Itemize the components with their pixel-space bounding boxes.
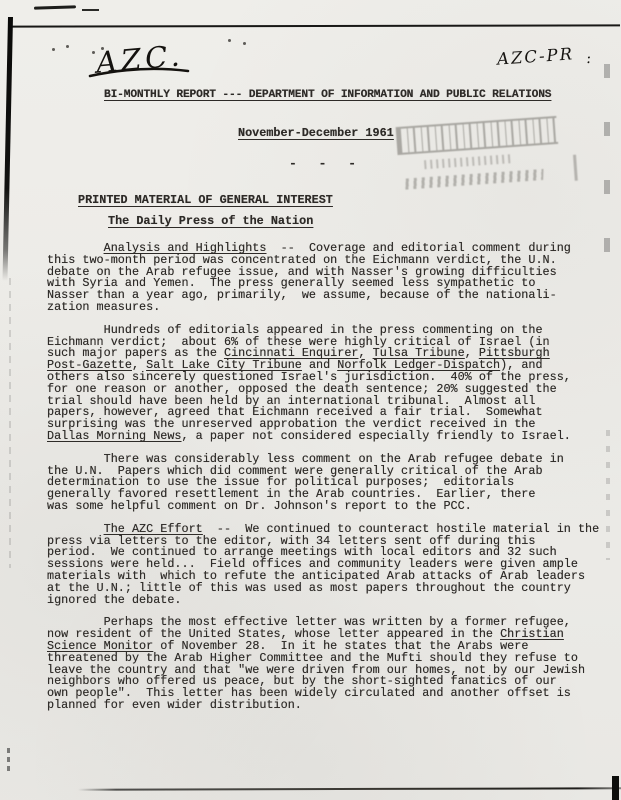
scan-artifact-top-dash-small: [82, 9, 99, 11]
paragraph: Analysis and Highlights -- Coverage and …: [47, 243, 599, 314]
text-line: ignored the debate.: [47, 595, 599, 607]
scan-artifact-right-marks: [604, 38, 610, 278]
text-line: was some helpful comment on Dr. Johnson'…: [47, 501, 599, 513]
text-line: zation measures.: [47, 302, 599, 314]
scan-artifact-bottom-line: [78, 787, 621, 790]
document-body: Analysis and Highlights -- Coverage and …: [47, 243, 599, 712]
scan-artifact-left-edge: [2, 17, 13, 281]
scan-artifact-left-lower-mark: [7, 748, 10, 774]
section-subheading: The Daily Press of the Nation: [108, 214, 313, 228]
handwritten-underline-stroke: [88, 66, 192, 80]
scan-artifact-bottom-right-corner: [612, 776, 619, 800]
paragraph: There was considerably less comment on t…: [47, 454, 599, 513]
scan-artifact-right-marks-lower: [606, 430, 610, 560]
section-heading: PRINTED MATERIAL OF GENERAL INTEREST: [78, 193, 333, 207]
paragraph: The AZC Effort -- We continued to counte…: [47, 524, 599, 607]
handwritten-colon-mark: :: [585, 49, 592, 67]
stamp-row: [396, 116, 559, 155]
scan-artifact-top-line: [8, 24, 620, 27]
scanned-document-page: AZC. AZC-PR : BI-MONTHLY REPORT --- DEPA…: [0, 0, 621, 800]
scan-artifact-top-dash: [34, 5, 76, 9]
ink-dot: [243, 42, 246, 45]
paragraph: Perhaps the most effective letter was wr…: [47, 617, 599, 711]
text-line: Dallas Morning News, a paper not conside…: [47, 431, 599, 443]
scan-artifact-left-bleedthrough: [9, 278, 11, 568]
handwritten-azc-pr-annotation: AZC-PR: [496, 44, 574, 68]
ink-dot: [228, 39, 231, 42]
text-line: planned for even wider distribution.: [47, 700, 599, 712]
section-divider-dashes: - - -: [289, 156, 363, 171]
illegible-ink-stamp: [396, 115, 575, 201]
report-period: November-December 1961: [238, 126, 394, 140]
ink-dot: [66, 45, 69, 48]
ink-dot: [52, 48, 55, 51]
stamp-row: [424, 154, 510, 169]
stamp-row: [405, 169, 543, 190]
stamp-edge-mark: [573, 155, 578, 181]
paragraph: Hundreds of editorials appeared in the p…: [47, 325, 599, 443]
report-title: BI-MONTHLY REPORT --- DEPARTMENT OF INFO…: [104, 89, 551, 101]
